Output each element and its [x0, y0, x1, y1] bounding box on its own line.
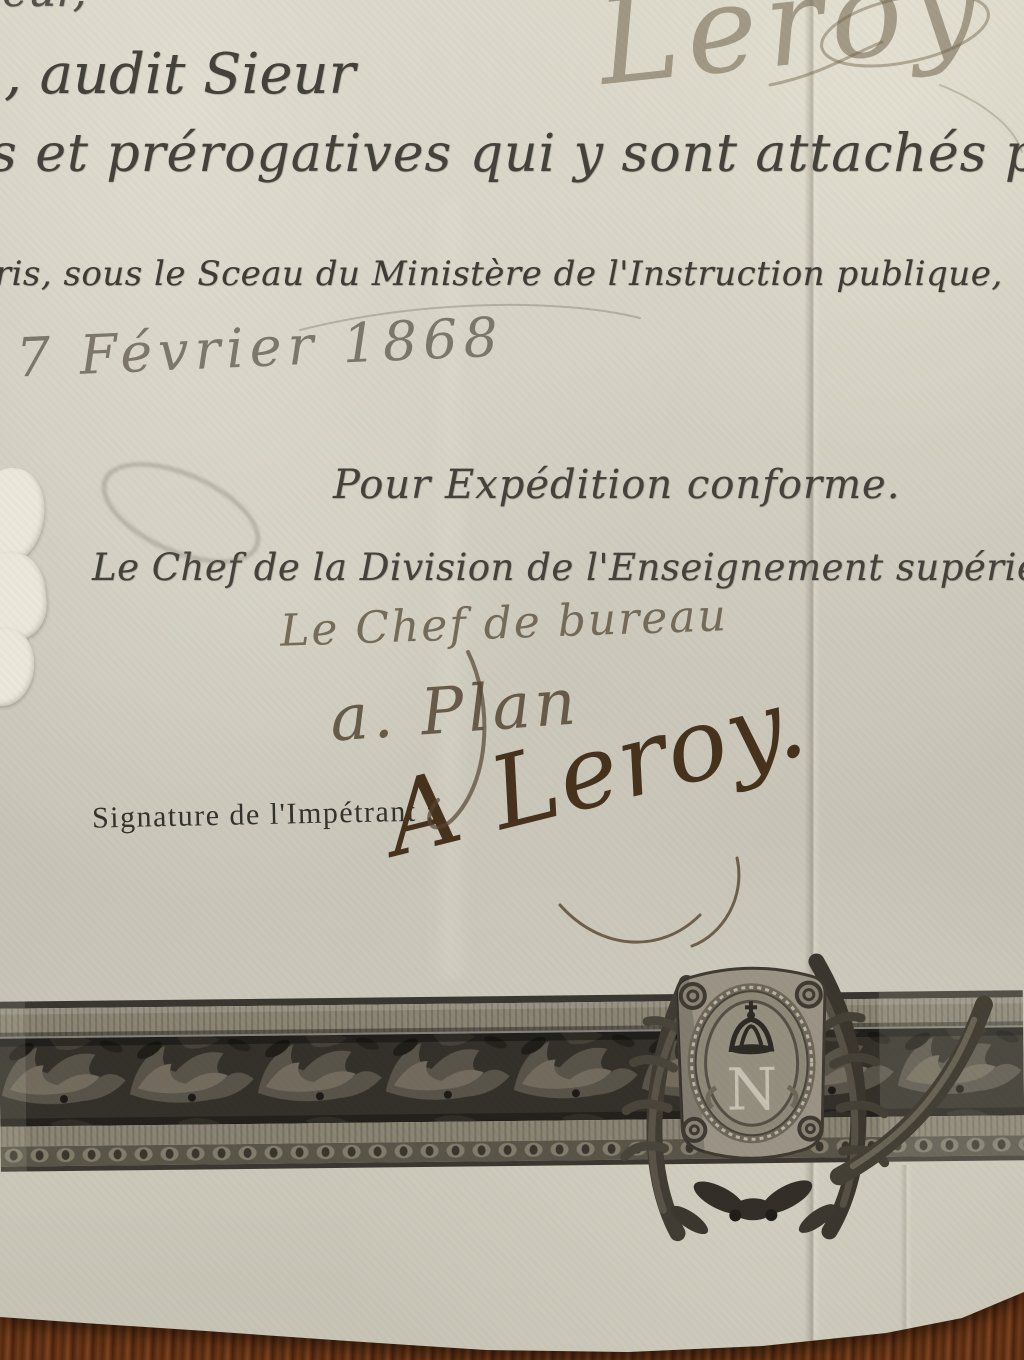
line-paris-seal: aris, sous le Sceau du Ministère de l'In…: [0, 254, 1003, 294]
acanthus-border-band: N: [0, 934, 1024, 1266]
paper-sheet-wrap: N eur, Leroy , audit Sieur: [0, 0, 1024, 1360]
line-pour-expedition-conforme: Pour Expédition conforme.: [333, 462, 900, 508]
engraved-border-band: N: [0, 934, 1024, 1266]
line-prerogatives: s et prérogatives qui y sont attachés pa…: [0, 124, 1024, 184]
top-edge-text-fragment: eur,: [2, 0, 87, 17]
grantee-name-signature-top: Leroy: [592, 0, 993, 113]
n-monogram: N: [726, 1055, 778, 1124]
line-audit-sieur: , audit Sieur: [4, 42, 355, 107]
photo-of-document: N eur, Leroy , audit Sieur: [0, 0, 1024, 1360]
wreath-bottom-cluster: [666, 1173, 840, 1239]
document-paper: N eur, Leroy , audit Sieur: [0, 0, 1024, 1360]
border-moldings: [0, 990, 1024, 1172]
handwritten-chef-bureau: Le Chef de bureau: [279, 590, 728, 657]
